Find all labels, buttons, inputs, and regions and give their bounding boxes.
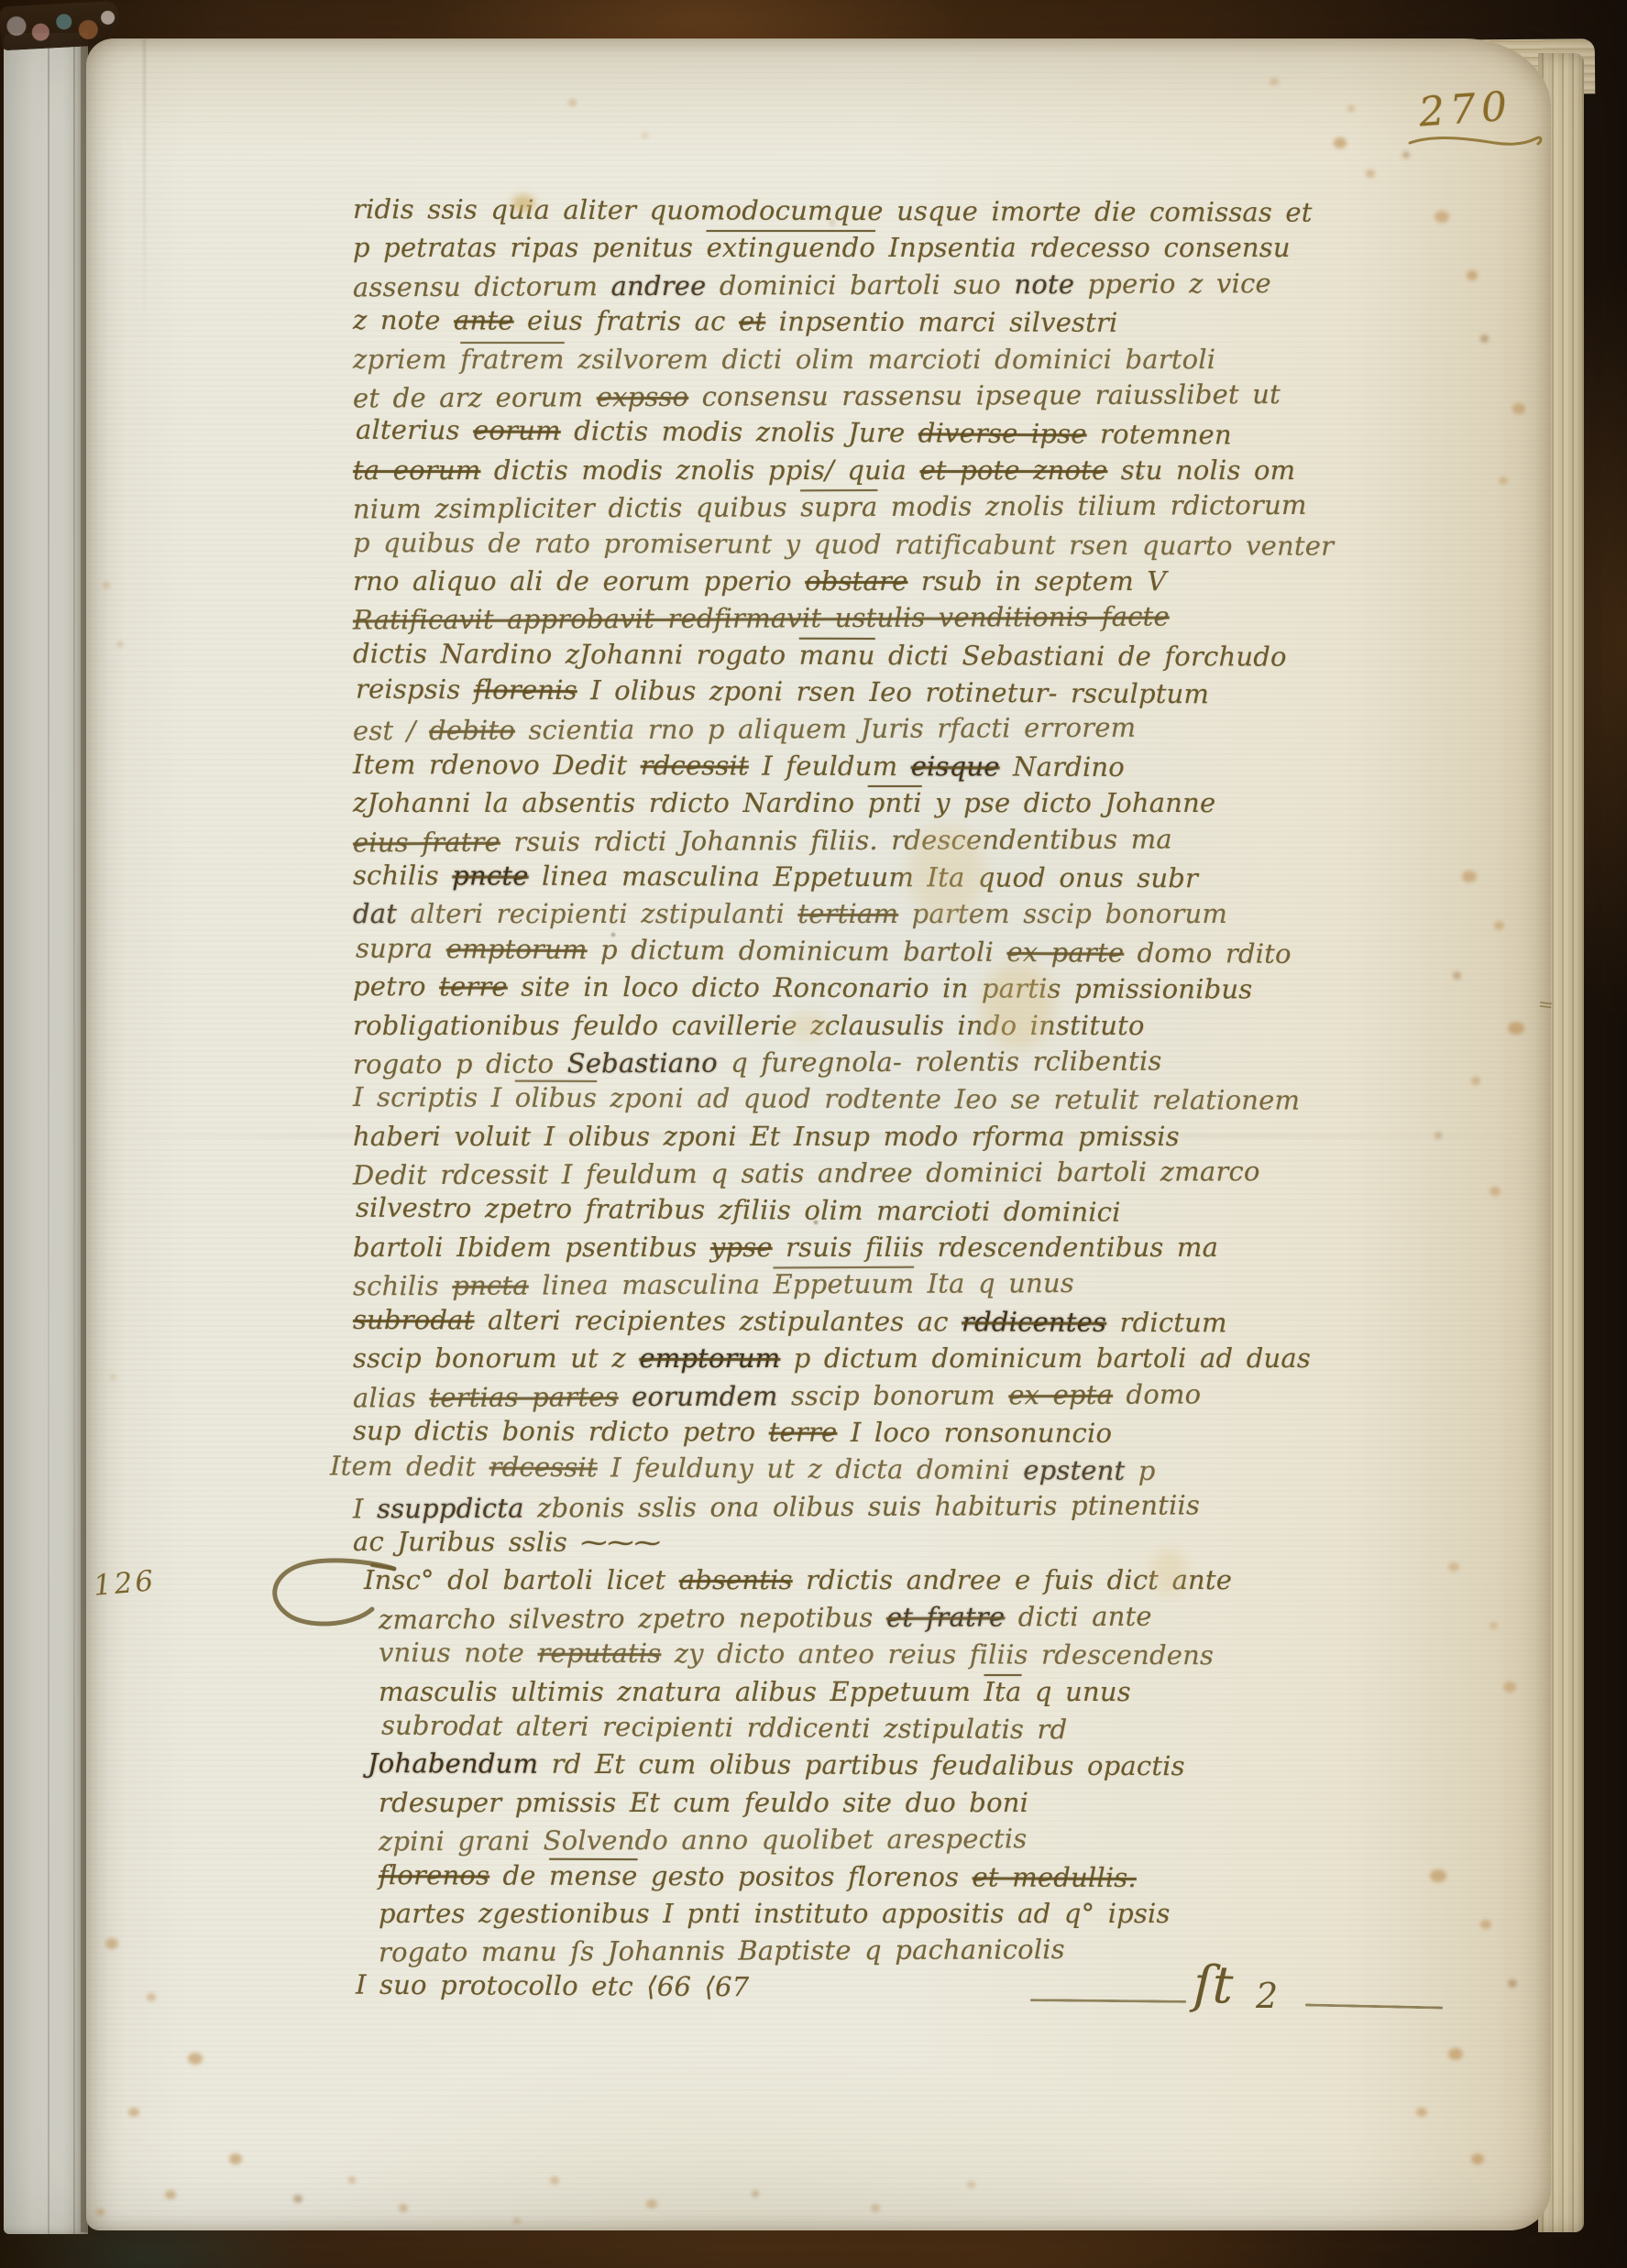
line-segment: alteri recipientes zstipulantes ac — [475, 1304, 962, 1337]
manuscript-line: bartoli Ibidem psentibus ypse rsuis fili… — [353, 1229, 1380, 1265]
foxing-stain — [1366, 170, 1375, 178]
manuscript-line: silvestro zpetro fratribus zfiliis olim … — [356, 1189, 1382, 1232]
line-segment: diverse ipse — [918, 418, 1087, 450]
line-segment: alteri recipienti zstipulanti — [397, 898, 797, 929]
foxing-stain — [1508, 1979, 1517, 1988]
line-segment: et pote znote — [919, 455, 1107, 486]
foxing-stain — [128, 2108, 139, 2117]
line-segment: domo — [1113, 1378, 1201, 1409]
line-segment: inpsentio marci silvestri — [765, 306, 1117, 338]
text-block: ridis ssis quia aliter quomodocumque usq… — [353, 192, 1380, 2006]
foxing-stain — [1462, 871, 1477, 882]
line-segment: sscip bonorum ut z — [353, 1342, 639, 1374]
line-segment: I — [353, 1493, 377, 1524]
line-segment: fratrem — [460, 344, 564, 375]
line-segment: manu — [799, 639, 875, 670]
line-segment: supra — [356, 932, 446, 964]
line-segment: zmarcho silvestro zpetro nepotibus — [379, 1602, 886, 1635]
line-segment: dictis modis znolis ppis/ quia — [480, 455, 919, 486]
line-segment: site in loco dicto Ronconario in partis … — [508, 971, 1253, 1005]
line-segment: schilis — [353, 1270, 452, 1301]
line-segment: q unus — [1022, 1676, 1131, 1707]
line-segment: terre — [439, 971, 508, 1003]
page-crease — [48, 33, 49, 2234]
line-segment: vnius note — [379, 1637, 538, 1669]
manuscript-line: dictis Nardino zJohanni rogato manu dict… — [353, 635, 1380, 675]
manuscript-line: subrodat alteri recipientes zstipulantes… — [353, 1301, 1380, 1342]
line-segment: rno aliquo ali de eorum pperio — [353, 565, 805, 597]
left-page-edge — [4, 33, 88, 2234]
foxing-stain — [1448, 1562, 1459, 1572]
line-segment: emptorum — [446, 933, 588, 965]
line-segment: Item rdenovo Dedit — [353, 749, 641, 781]
line-segment: dictis modis znolis Jure — [561, 415, 918, 448]
line-segment: zJohanni la absentis rdicto Nardino — [353, 787, 868, 818]
line-segment: I feulduny ut z dicta domini — [598, 1452, 1024, 1486]
line-segment: rdcessit — [641, 750, 749, 781]
foxing-stain — [105, 1938, 118, 1949]
manuscript-line: Insc° dol bartoli licet absentis rdictis… — [364, 1561, 1380, 1598]
manuscript-line: et de arz eorum expsso consensu rassensu… — [353, 376, 1380, 417]
manuscript-page: 270 126 = ridis ssis quia aliter quomodo… — [86, 38, 1551, 2230]
line-segment: robligationibus feuldo cavillerie zclaus… — [353, 1010, 1145, 1041]
pen-dash — [1030, 1999, 1186, 2003]
foxing-stain — [1416, 2108, 1427, 2117]
line-segment: olibus — [515, 1082, 597, 1113]
line-segment: ac Juribus sslis ⁓⁓⁓ — [353, 1526, 661, 1558]
foxing-stain — [1494, 921, 1504, 930]
foxing-stain — [1402, 151, 1410, 159]
line-segment: ridis ssis quia aliter quomodocumque usq… — [353, 193, 1313, 228]
manuscript-line: Johabendum rd Et cum olibus partibus feu… — [368, 1745, 1380, 1785]
foxing-stain — [1430, 1869, 1446, 1882]
folio-underline-flourish — [1408, 132, 1545, 152]
line-segment: expsso — [597, 381, 689, 412]
line-segment: extinguendo — [707, 232, 875, 263]
line-segment — [619, 1381, 632, 1412]
folio-number: 270 — [1417, 83, 1513, 137]
foxing-stain — [550, 2176, 559, 2185]
manuscript-line: supra emptorum p dictum dominicum bartol… — [356, 929, 1382, 972]
line-segment: terre — [769, 1417, 838, 1448]
line-segment: ante — [454, 305, 514, 336]
line-segment: p quibus de rato promiserunt y quod rati… — [353, 527, 1334, 562]
margin-tick-mark: = — [1537, 992, 1556, 1016]
foxing-stain — [1471, 2153, 1484, 2164]
line-segment: I scriptis I — [353, 1081, 515, 1113]
line-segment: Ita — [984, 1676, 1022, 1707]
manuscript-line: p petratas ripas penitus extinguendo Inp… — [353, 229, 1380, 266]
line-segment: zpriem — [353, 344, 460, 375]
line-segment: dicti ante — [1005, 1601, 1152, 1633]
line-segment: zponi ad quod rodtente Ieo se retulit re… — [597, 1082, 1300, 1116]
foxing-stain — [871, 2204, 880, 2212]
manuscript-line: zpriem fratrem zsilvorem dicti olim marc… — [353, 341, 1380, 378]
line-segment: eorumdem — [632, 1380, 778, 1412]
line-segment: Insc° dol bartoli licet — [364, 1564, 679, 1595]
foxing-stain — [96, 2208, 104, 2216]
line-segment: florenos — [379, 1859, 489, 1890]
line-segment: p dictum dominicum bartoli ad duas — [780, 1342, 1311, 1374]
line-segment: debito — [429, 715, 515, 746]
line-segment: subrodat alteri recipienti rddicenti zst… — [381, 1710, 1068, 1746]
line-segment: ex epta — [1008, 1378, 1113, 1409]
line-segment: subrodat — [353, 1304, 475, 1335]
line-segment: rogato manu ſs Johannis Baptiste q pacha… — [379, 1934, 1065, 1967]
manuscript-line: florenos de mense gesto positos florenos… — [379, 1857, 1380, 1897]
manuscript-line: vnius note reputatis zy dicto anteo reiu… — [379, 1634, 1380, 1674]
foxing-stain — [752, 2190, 759, 2197]
line-segment: haberi voluit I olibus zponi Et Insup mo… — [353, 1121, 1180, 1152]
line-segment: nium zsimpliciter dictis quibus — [353, 491, 800, 524]
manuscript-line: ta eorum dictis modis znolis ppis/ quia … — [353, 452, 1380, 488]
foxing-stain — [642, 133, 648, 138]
fee-value: 2 — [1256, 1976, 1278, 2016]
manuscript-line: schilis pncte linea masculina Eppetuum I… — [353, 857, 1380, 897]
foxing-stain — [1435, 211, 1449, 223]
line-segment: sup dictis bonis rdicto petro — [353, 1415, 769, 1448]
line-segment: rdcessit — [489, 1452, 598, 1484]
foxing-stain — [513, 2218, 521, 2224]
line-segment: rdesuper pmissis Et cum feuldo site duo … — [379, 1787, 1028, 1818]
line-segment: reputatis — [537, 1638, 661, 1669]
foxing-stain — [399, 2204, 408, 2212]
line-segment: rsub in septem V — [907, 565, 1166, 597]
line-segment: tertiam — [797, 898, 898, 929]
line-segment: obstare — [805, 565, 907, 597]
foxing-stain — [1480, 334, 1489, 343]
foxing-stain — [103, 582, 110, 588]
page-crease — [73, 33, 75, 2234]
line-segment: absentis — [679, 1564, 793, 1595]
manuscript-line: dat alteri recipienti zstipulanti tertia… — [353, 895, 1380, 932]
pen-dash — [1305, 2003, 1443, 2009]
line-segment: I suo protocollo etc ⟨66 ⟨67 — [356, 1968, 750, 2002]
line-segment: pncte — [452, 860, 528, 891]
foxing-stain — [117, 641, 123, 647]
line-segment: et medullis. — [973, 1861, 1137, 1893]
line-segment: silvestro zpetro fratribus zfiliis olim … — [356, 1191, 1121, 1227]
line-segment: rdictum — [1106, 1307, 1227, 1338]
line-segment: dominici bartoli suo — [706, 268, 1014, 301]
line-segment: rddicentes — [962, 1306, 1106, 1338]
foxing-stain — [967, 2181, 975, 2188]
line-segment: Item dedit — [330, 1451, 489, 1483]
line-segment: dictis Nardino zJohanni rogato — [353, 638, 799, 671]
manuscript-line: schilis pncta linea masculina Eppetuum I… — [353, 1264, 1380, 1305]
manuscript-line: ridis ssis quia aliter quomodocumque usq… — [353, 191, 1380, 231]
line-segment: Eppetuum — [774, 1268, 915, 1300]
manuscript-line: nium zsimpliciter dictis quibus supra mo… — [353, 487, 1380, 528]
foxing-stain — [1347, 105, 1355, 112]
manuscript-line: Item rdenovo Dedit rdcessit I feuldum ei… — [353, 746, 1380, 786]
corner-crease — [143, 38, 146, 332]
manuscript-line: assensu dictorum andree dominici bartoli… — [353, 264, 1380, 305]
line-segment: pncta — [452, 1270, 529, 1301]
fee-symbol: ſt — [1193, 1955, 1234, 2015]
line-segment: dicti Sebastiani de forchudo — [875, 640, 1287, 673]
margin-note-number: 126 — [93, 1564, 158, 1603]
line-segment: Ratificavit approbavit redfirmavit ustul… — [353, 601, 1170, 636]
line-segment: Sebastiano — [567, 1047, 718, 1079]
line-segment: rogato p dicto — [353, 1047, 567, 1079]
line-segment: eius fratris ac — [514, 305, 739, 337]
manuscript-line: Ratificavit approbavit redfirmavit ustul… — [353, 597, 1380, 639]
line-segment: p dictum dominicum bartoli — [588, 934, 1007, 968]
line-segment: andree — [610, 270, 706, 301]
line-segment: rd Et cum olibus partibus feudalibus opa… — [538, 1748, 1185, 1781]
manuscript-line: rogato p dicto Sebastiano q furegnola- r… — [353, 1042, 1380, 1083]
line-segment: ta eorum — [353, 455, 480, 486]
line-segment: est / — [353, 716, 429, 747]
line-segment: zpini grani Solvendo anno quolibet aresp… — [379, 1823, 1028, 1857]
foxing-stain — [1467, 270, 1478, 280]
foxing-stain — [147, 1993, 156, 2001]
foxing-stain — [646, 2199, 657, 2208]
line-segment: Johabendum — [368, 1748, 538, 1780]
line-segment: eisque — [911, 751, 1000, 782]
manuscript-photo: 270 126 = ridis ssis quia aliter quomodo… — [0, 0, 1627, 2268]
line-segment: rotemnen — [1087, 419, 1232, 451]
foxing-stain — [293, 2195, 302, 2203]
line-segment: scientia rno p aliquem Juris rfacti erro… — [515, 712, 1136, 746]
foxing-stain — [1490, 1622, 1498, 1629]
line-segment: partes zgestionibus I pnti instituto app… — [379, 1898, 1171, 1929]
line-segment: Dedit rdcessit I feuldum q satis andree … — [353, 1156, 1260, 1190]
line-segment: et de arz eorum — [353, 381, 597, 413]
line-segment: stu nolis om — [1107, 455, 1295, 486]
line-segment: supra — [800, 491, 877, 522]
line-segment: ex parte — [1006, 937, 1124, 969]
line-segment: emptorum — [639, 1342, 780, 1374]
foxing-stain — [1508, 1022, 1524, 1035]
manuscript-line: sup dictis bonis rdicto petro terre I lo… — [353, 1412, 1380, 1452]
line-segment: mense — [549, 1859, 638, 1890]
line-segment: gesto positos florenos — [637, 1860, 972, 1892]
manuscript-line: rdesuper pmissis Et cum feuldo site duo … — [379, 1784, 1380, 1821]
line-segment: reispsis — [356, 674, 474, 706]
foxing-stain — [165, 2190, 176, 2199]
foxing-stain — [1471, 1077, 1480, 1085]
line-segment: dat — [353, 898, 397, 929]
line-segment: rsuis rdicti Johannis filiis. rdescenden… — [500, 823, 1172, 857]
manuscript-line: est / debito scientia rno p aliquem Juri… — [353, 708, 1380, 750]
foxing-stain — [1453, 971, 1461, 980]
manuscript-line: ac Juribus sslis ⁓⁓⁓ — [353, 1523, 1380, 1563]
line-segment: p petratas ripas penitus — [353, 232, 707, 263]
line-segment: masculis ultimis znatura alibus Eppetuum — [379, 1676, 984, 1707]
manuscript-line: partes zgestionibus I pnti instituto app… — [379, 1895, 1380, 1932]
fee-mark: ſt 2 — [1030, 1959, 1470, 2042]
line-segment: ssuppdicta — [377, 1492, 524, 1524]
line-segment: I loco ronsonuncio — [837, 1417, 1112, 1449]
line-segment: ypse — [710, 1232, 773, 1263]
manuscript-line: sscip bonorum ut z emptorum p dictum dom… — [353, 1340, 1380, 1376]
line-segment: modis znolis tilium rdictorum — [877, 489, 1306, 522]
manuscript-line: zmarcho silvestro zpetro nepotibus et fr… — [379, 1596, 1380, 1638]
line-segment: epstent — [1023, 1454, 1125, 1486]
foxing-stain — [1503, 1682, 1516, 1693]
manuscript-line: alias tertias partes eorumdem sscip bono… — [353, 1375, 1380, 1416]
line-segment: zbonis sslis ona olibus suis habituris p… — [524, 1489, 1201, 1523]
manuscript-line: z note ante eius fratris ac et inpsentio… — [353, 301, 1380, 342]
foxing-stain — [188, 2053, 203, 2065]
foxing-stain — [1334, 137, 1347, 148]
line-segment: y pse dicto Johanne — [922, 787, 1216, 818]
line-segment: z note — [353, 304, 454, 335]
foxing-stain — [568, 99, 577, 106]
foxing-stain — [1490, 1187, 1501, 1196]
manuscript-line: rno aliquo ali de eorum pperio obstare r… — [353, 563, 1380, 599]
line-segment: alterius — [356, 414, 473, 446]
line-segment: domo rdito — [1124, 937, 1292, 970]
line-segment: tertias partes — [429, 1381, 618, 1413]
line-segment: rsuis filiis rdescendentibus ma — [773, 1232, 1218, 1263]
line-segment: et — [739, 306, 765, 337]
manuscript-line: Dedit rdcessit I feuldum q satis andree … — [353, 1153, 1380, 1194]
manuscript-line: petro terre site in loco dicto Ronconari… — [353, 968, 1380, 1008]
line-segment: eorum — [473, 415, 561, 447]
line-segment: pnti — [868, 787, 922, 818]
line-segment: bartoli Ibidem psentibus — [353, 1232, 710, 1263]
manuscript-line: Item dedit rdcessit I feulduny ut z dict… — [330, 1448, 1382, 1491]
line-segment: eius fratre — [353, 826, 500, 858]
line-segment: zy dicto anteo reius filiis rdescendens — [661, 1638, 1214, 1671]
line-segment: linea masculina Eppetuum Ita quod onus s… — [529, 860, 1199, 894]
line-segment: Inpsentia rdecesso consensu — [875, 232, 1291, 263]
manuscript-line: p quibus de rato promiserunt y quod rati… — [353, 524, 1380, 564]
manuscript-line: alterius eorum dictis modis znolis Jure … — [356, 411, 1382, 455]
line-segment: I olibus zponi rsen Ieo rotinetur- rscul… — [577, 674, 1210, 709]
manuscript-line: zJohanni la absentis rdicto Nardino pnti… — [353, 784, 1380, 821]
manuscript-line: reispsis florenis I olibus zponi rsen Ie… — [356, 671, 1382, 714]
foxing-stain — [1512, 403, 1525, 414]
manuscript-line: haberi voluit I olibus zponi Et Insup mo… — [353, 1118, 1380, 1155]
line-segment: sscip bonorum — [778, 1379, 1009, 1411]
line-segment: partem sscip bonorum — [898, 898, 1227, 929]
manuscript-line: masculis ultimis znatura alibus Eppetuum… — [379, 1673, 1380, 1710]
foxing-stain — [348, 2176, 356, 2184]
line-segment: assensu dictorum — [353, 270, 611, 302]
foxing-stain — [1480, 1920, 1491, 1929]
line-segment: I feuldum — [749, 750, 911, 782]
foxing-stain — [1448, 2048, 1463, 2060]
line-segment: zsilvorem dicti olim marcioti dominici b… — [565, 344, 1216, 375]
manuscript-line: I scriptis I olibus zponi ad quod rodten… — [353, 1079, 1380, 1119]
line-segment: petro — [353, 970, 439, 1002]
foxing-stain — [229, 2153, 242, 2164]
foxing-stain — [1499, 477, 1508, 485]
line-segment: et fratre — [886, 1601, 1006, 1633]
foxing-stain — [110, 1375, 116, 1380]
line-segment: florenis — [474, 674, 577, 706]
foxing-stain — [1270, 78, 1279, 85]
line-segment: q furegnola- rolentis rclibentis — [718, 1046, 1162, 1079]
line-segment: Ita q unus — [914, 1267, 1074, 1299]
line-segment: alias — [353, 1382, 430, 1413]
manuscript-line: zpini grani Solvendo anno quolibet aresp… — [379, 1819, 1380, 1860]
line-segment: de — [489, 1859, 549, 1890]
line-segment: consensu rassensu ipseque raiusslibet ut — [688, 378, 1281, 412]
line-segment: p — [1125, 1455, 1155, 1486]
line-segment: note — [1014, 268, 1074, 300]
line-segment: Nardino — [1000, 751, 1125, 782]
line-segment: linea masculina — [529, 1269, 774, 1301]
manuscript-line: subrodat alteri recipienti rddicenti zst… — [381, 1707, 1382, 1750]
line-segment: schilis — [353, 860, 452, 891]
manuscript-line: I ssuppdicta zbonis sslis ona olibus sui… — [353, 1485, 1380, 1527]
manuscript-line: robligationibus feuldo cavillerie zclaus… — [353, 1007, 1380, 1044]
manuscript-line: eius fratre rsuis rdicti Johannis filiis… — [353, 819, 1380, 860]
line-segment: rdictis andree e fuis dict ante — [793, 1564, 1232, 1595]
line-segment: pperio z vice — [1074, 268, 1271, 300]
